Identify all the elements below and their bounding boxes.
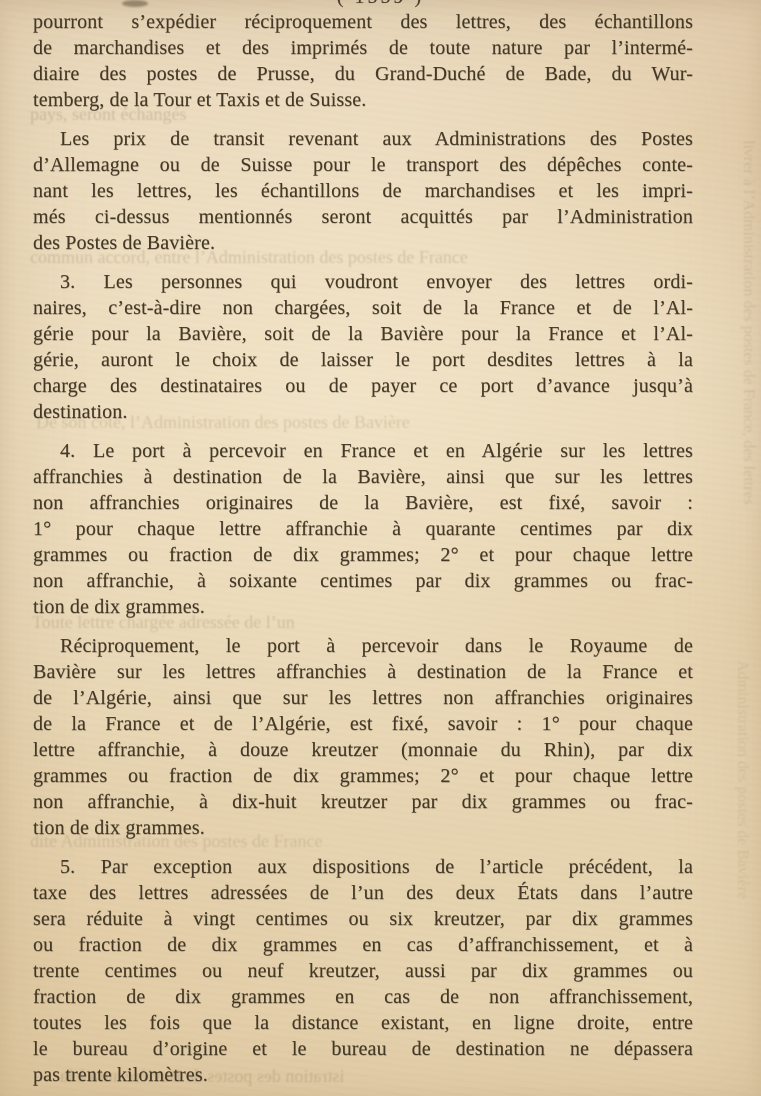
text-line: affranchies à destination de la Bavière,… <box>33 464 693 490</box>
text-line: gérie, auront le choix de laisser le por… <box>33 347 693 373</box>
text-line: des Postes de Bavière. <box>33 230 693 256</box>
text-line: tion de dix grammes. <box>33 594 693 620</box>
text-line: lettre affranchie, à douze kreutzer (mon… <box>33 737 693 763</box>
text-line: 3. Les personnes qui voudront envoyer de… <box>33 269 693 295</box>
paragraph: 4. Le port à percevoir en France et en A… <box>33 438 693 620</box>
text-line: temberg, de la Tour et Taxis et de Suiss… <box>33 87 693 113</box>
text-line: pourront s’expédier réciproquement des l… <box>33 9 693 35</box>
text-line: le bureau d’origine et le bureau de dest… <box>33 1036 693 1062</box>
text-line: nant les lettres, les échantillons de ma… <box>33 178 693 204</box>
text-line: sera réduite à vingt centimes ou six kre… <box>33 906 693 932</box>
bleed-through-text: Administration des postes de Bavière <box>733 660 751 899</box>
paragraph: 3. Les personnes qui voudront envoyer de… <box>33 269 693 425</box>
text-line: 1° pour chaque lettre affranchie à quara… <box>33 516 693 542</box>
text-line: non affranchie, à dix-huit kreutzer par … <box>33 789 693 815</box>
text-line: de marchandises et des imprimés de toute… <box>33 35 693 61</box>
text-line: de l’Algérie, ainsi que sur les lettres … <box>33 685 693 711</box>
document-body: pourront s’expédier réciproquement des l… <box>33 9 693 1088</box>
text-line: Bavière sur les lettres affranchies à de… <box>33 659 693 685</box>
text-line: trente centimes ou neuf kreutzer, aussi … <box>33 958 693 984</box>
bleed-through-text: livrer à l’Administration des postes de … <box>739 140 757 505</box>
text-line: de la France et de l’Algérie, est fixé, … <box>33 711 693 737</box>
text-line: Réciproquement, le port à percevoir dans… <box>33 633 693 659</box>
text-line: tion de dix grammes. <box>33 815 693 841</box>
text-line: grammes ou fraction de dix grammes; 2° e… <box>33 763 693 789</box>
text-line: charge des destinataires ou de payer ce … <box>33 373 693 399</box>
text-line: pas trente kilomètres. <box>33 1062 693 1088</box>
text-line: diaire des postes de Prusse, du Grand-Du… <box>33 61 693 87</box>
text-line: fraction de dix grammes en cas de non af… <box>33 984 693 1010</box>
text-line: més ci-dessus mentionnés seront acquitté… <box>33 204 693 230</box>
text-line: d’Allemagne ou de Suisse pour le transpo… <box>33 152 693 178</box>
text-line: 4. Le port à percevoir en France et en A… <box>33 438 693 464</box>
scanned-page: pays, seront échangés commun accord, ent… <box>0 0 761 1096</box>
text-line: toutes les fois que la distance existant… <box>33 1010 693 1036</box>
text-line: non affranchies originaires de la Bavièr… <box>33 490 693 516</box>
text-line: Les prix de transit revenant aux Adminis… <box>33 126 693 152</box>
paragraph: Les prix de transit revenant aux Adminis… <box>33 126 693 256</box>
text-line: non affranchie, à soixante centimes par … <box>33 568 693 594</box>
text-line: taxe des lettres adressées de l’un des d… <box>33 880 693 906</box>
text-line: destination. <box>33 399 693 425</box>
text-line: naires, c’est-à-dire non chargées, soit … <box>33 295 693 321</box>
text-line: ou fraction de dix grammes en cas d’affr… <box>33 932 693 958</box>
paragraph: 5. Par exception aux dispositions de l’a… <box>33 854 693 1088</box>
ink-smudge <box>122 0 148 7</box>
page-number: ( 1559 ) <box>0 0 761 9</box>
paragraph: pourront s’expédier réciproquement des l… <box>33 9 693 113</box>
text-line: gérie pour la Bavière, soit de la Bavièr… <box>33 321 693 347</box>
paragraph: Réciproquement, le port à percevoir dans… <box>33 633 693 841</box>
text-line: 5. Par exception aux dispositions de l’a… <box>33 854 693 880</box>
text-line: grammes ou fraction de dix grammes; 2° e… <box>33 542 693 568</box>
